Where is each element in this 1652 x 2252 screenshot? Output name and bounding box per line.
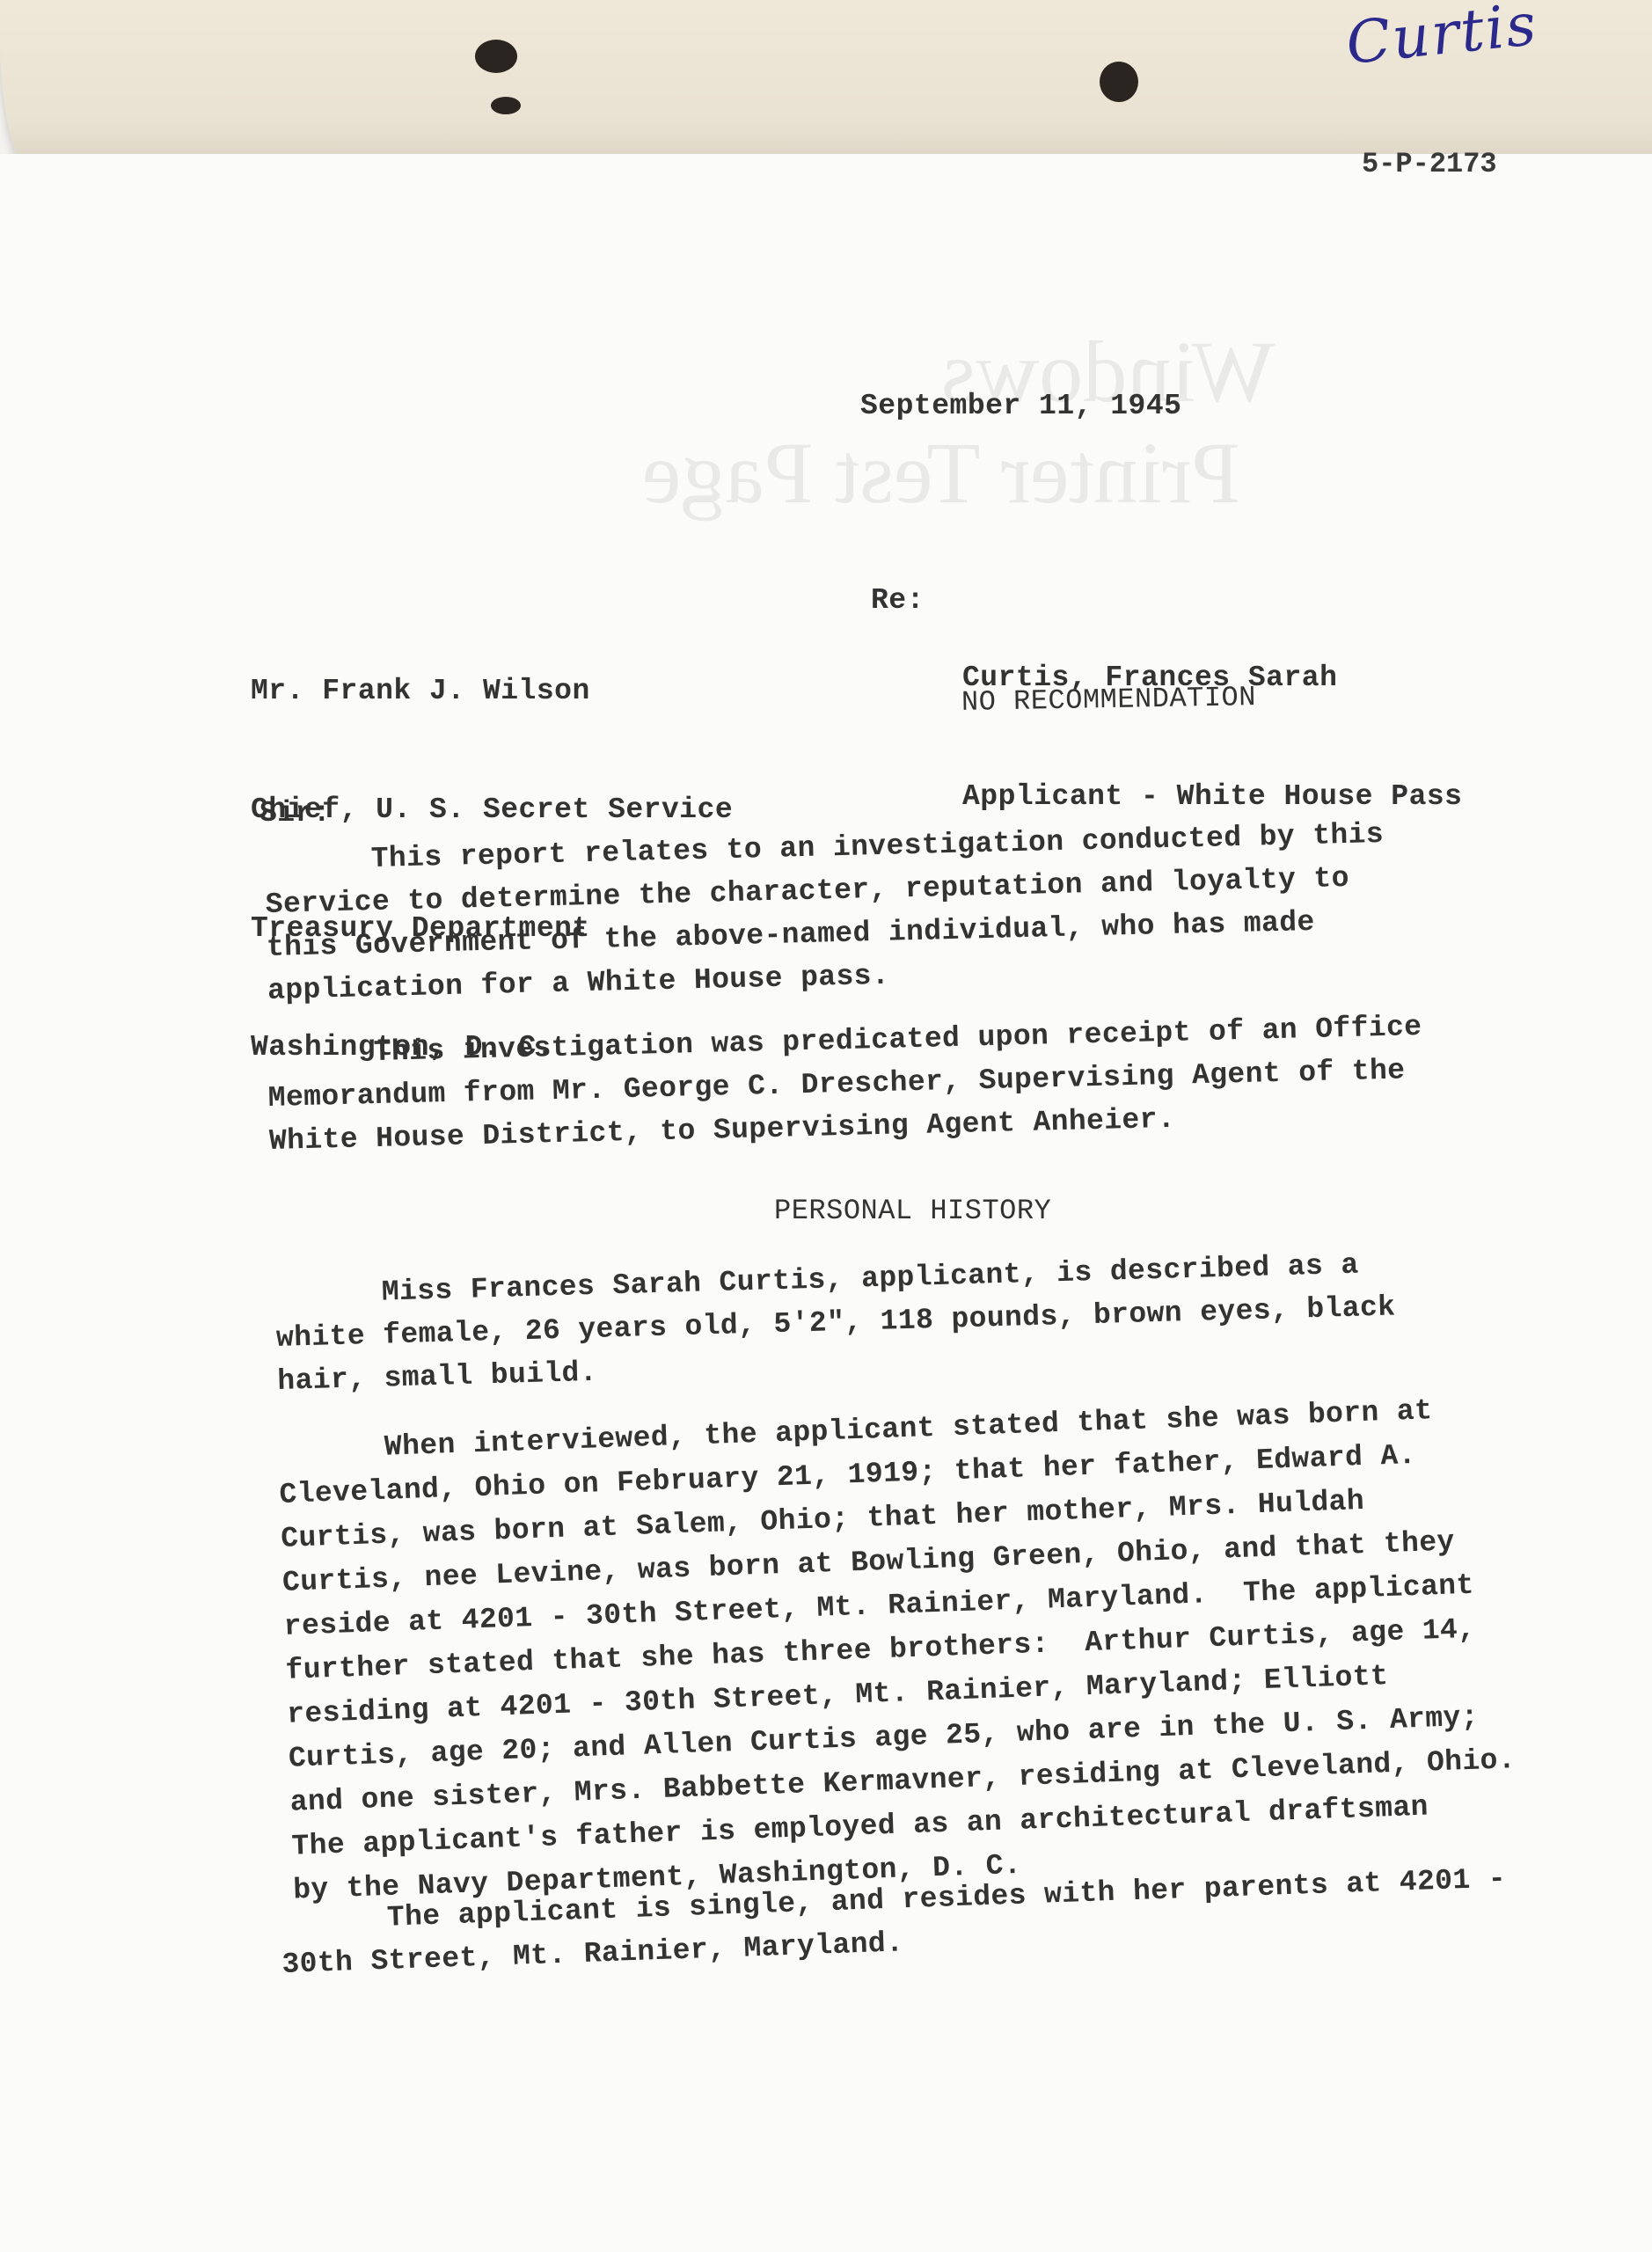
- recommendation-status: NO RECOMMENDATION: [961, 681, 1257, 719]
- subject-block: Curtis, Frances Sarah Applicant - White …: [962, 579, 1463, 856]
- letter-date: September 11, 1945: [860, 390, 1181, 422]
- section-heading: PERSONAL HISTORY: [774, 1195, 1051, 1227]
- salutation: Sir:: [259, 797, 331, 830]
- re-label: Re:: [871, 584, 925, 617]
- body-paragraph: This report relates to an investigation …: [264, 813, 1387, 1013]
- file-number: 5-P-2173: [1362, 148, 1497, 180]
- subject-line: Applicant - White House Pass: [962, 777, 1463, 816]
- punch-hole-left: [475, 40, 517, 73]
- addressee-line: Mr. Frank J. Wilson: [251, 671, 733, 711]
- bleed-through-subtitle: Printer Test Page: [642, 422, 1240, 523]
- punch-hole-right: [1100, 62, 1138, 102]
- history-paragraph: When interviewed, the applicant stated t…: [277, 1386, 1519, 1912]
- punch-hole-left-lower: [491, 97, 521, 114]
